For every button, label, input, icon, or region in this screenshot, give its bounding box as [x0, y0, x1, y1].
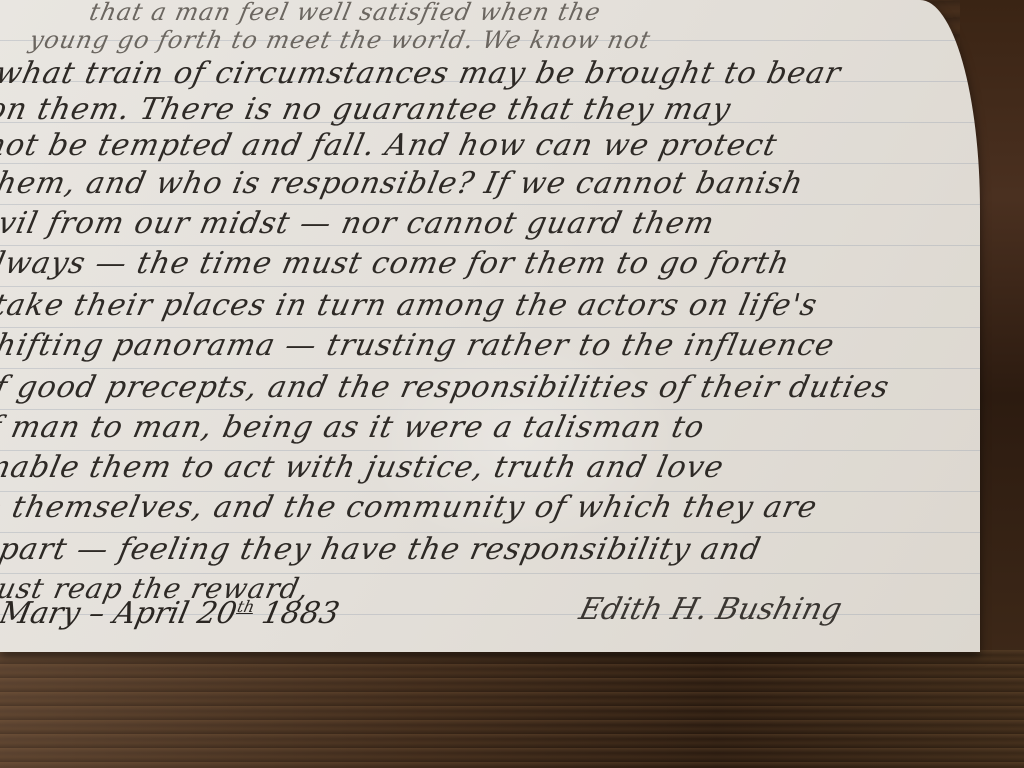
handwritten-line-15: a part — feeling they have the responsib… — [0, 532, 764, 567]
handwritten-line-5: not be tempted and fall. And how can we … — [0, 128, 781, 163]
letter-page: that a man feel well satisfied when the … — [0, 0, 980, 652]
handwritten-line-7: evil from our midst — nor cannot guard t… — [0, 206, 718, 241]
handwritten-line-3: what train of circumstances may be broug… — [0, 56, 844, 91]
handwritten-line-6: them, and who is responsible? If we cann… — [0, 166, 807, 201]
handwritten-line-2: young go forth to meet the world. We kno… — [27, 26, 653, 54]
letter-date: Mary – April 20th 1883 — [0, 596, 342, 631]
handwritten-line-10: shifting panorama — trusting rather to t… — [0, 328, 838, 363]
handwritten-line-12: of man to man, being as it were a talism… — [0, 410, 708, 445]
handwritten-line-13: enable them to act with justice, truth a… — [0, 450, 727, 485]
signature: Edith H. Bushing — [576, 592, 846, 627]
handwritten-line-14: to themselves, and the community of whic… — [0, 490, 821, 525]
date-year: 1883 — [259, 596, 343, 631]
handwritten-line-9: take their places in turn among the acto… — [0, 288, 821, 323]
handwritten-line-8: always — the time must come for them to … — [0, 246, 793, 281]
wooden-table-bottom — [0, 650, 1024, 768]
date-text: Mary – April 20 — [0, 596, 240, 631]
date-ordinal: th — [236, 597, 257, 616]
handwritten-line-11: of good precepts, and the responsibiliti… — [0, 370, 893, 405]
handwritten-line-4: on them. There is no guarantee that they… — [0, 92, 734, 127]
handwritten-line-1: that a man feel well satisfied when the — [87, 0, 604, 26]
